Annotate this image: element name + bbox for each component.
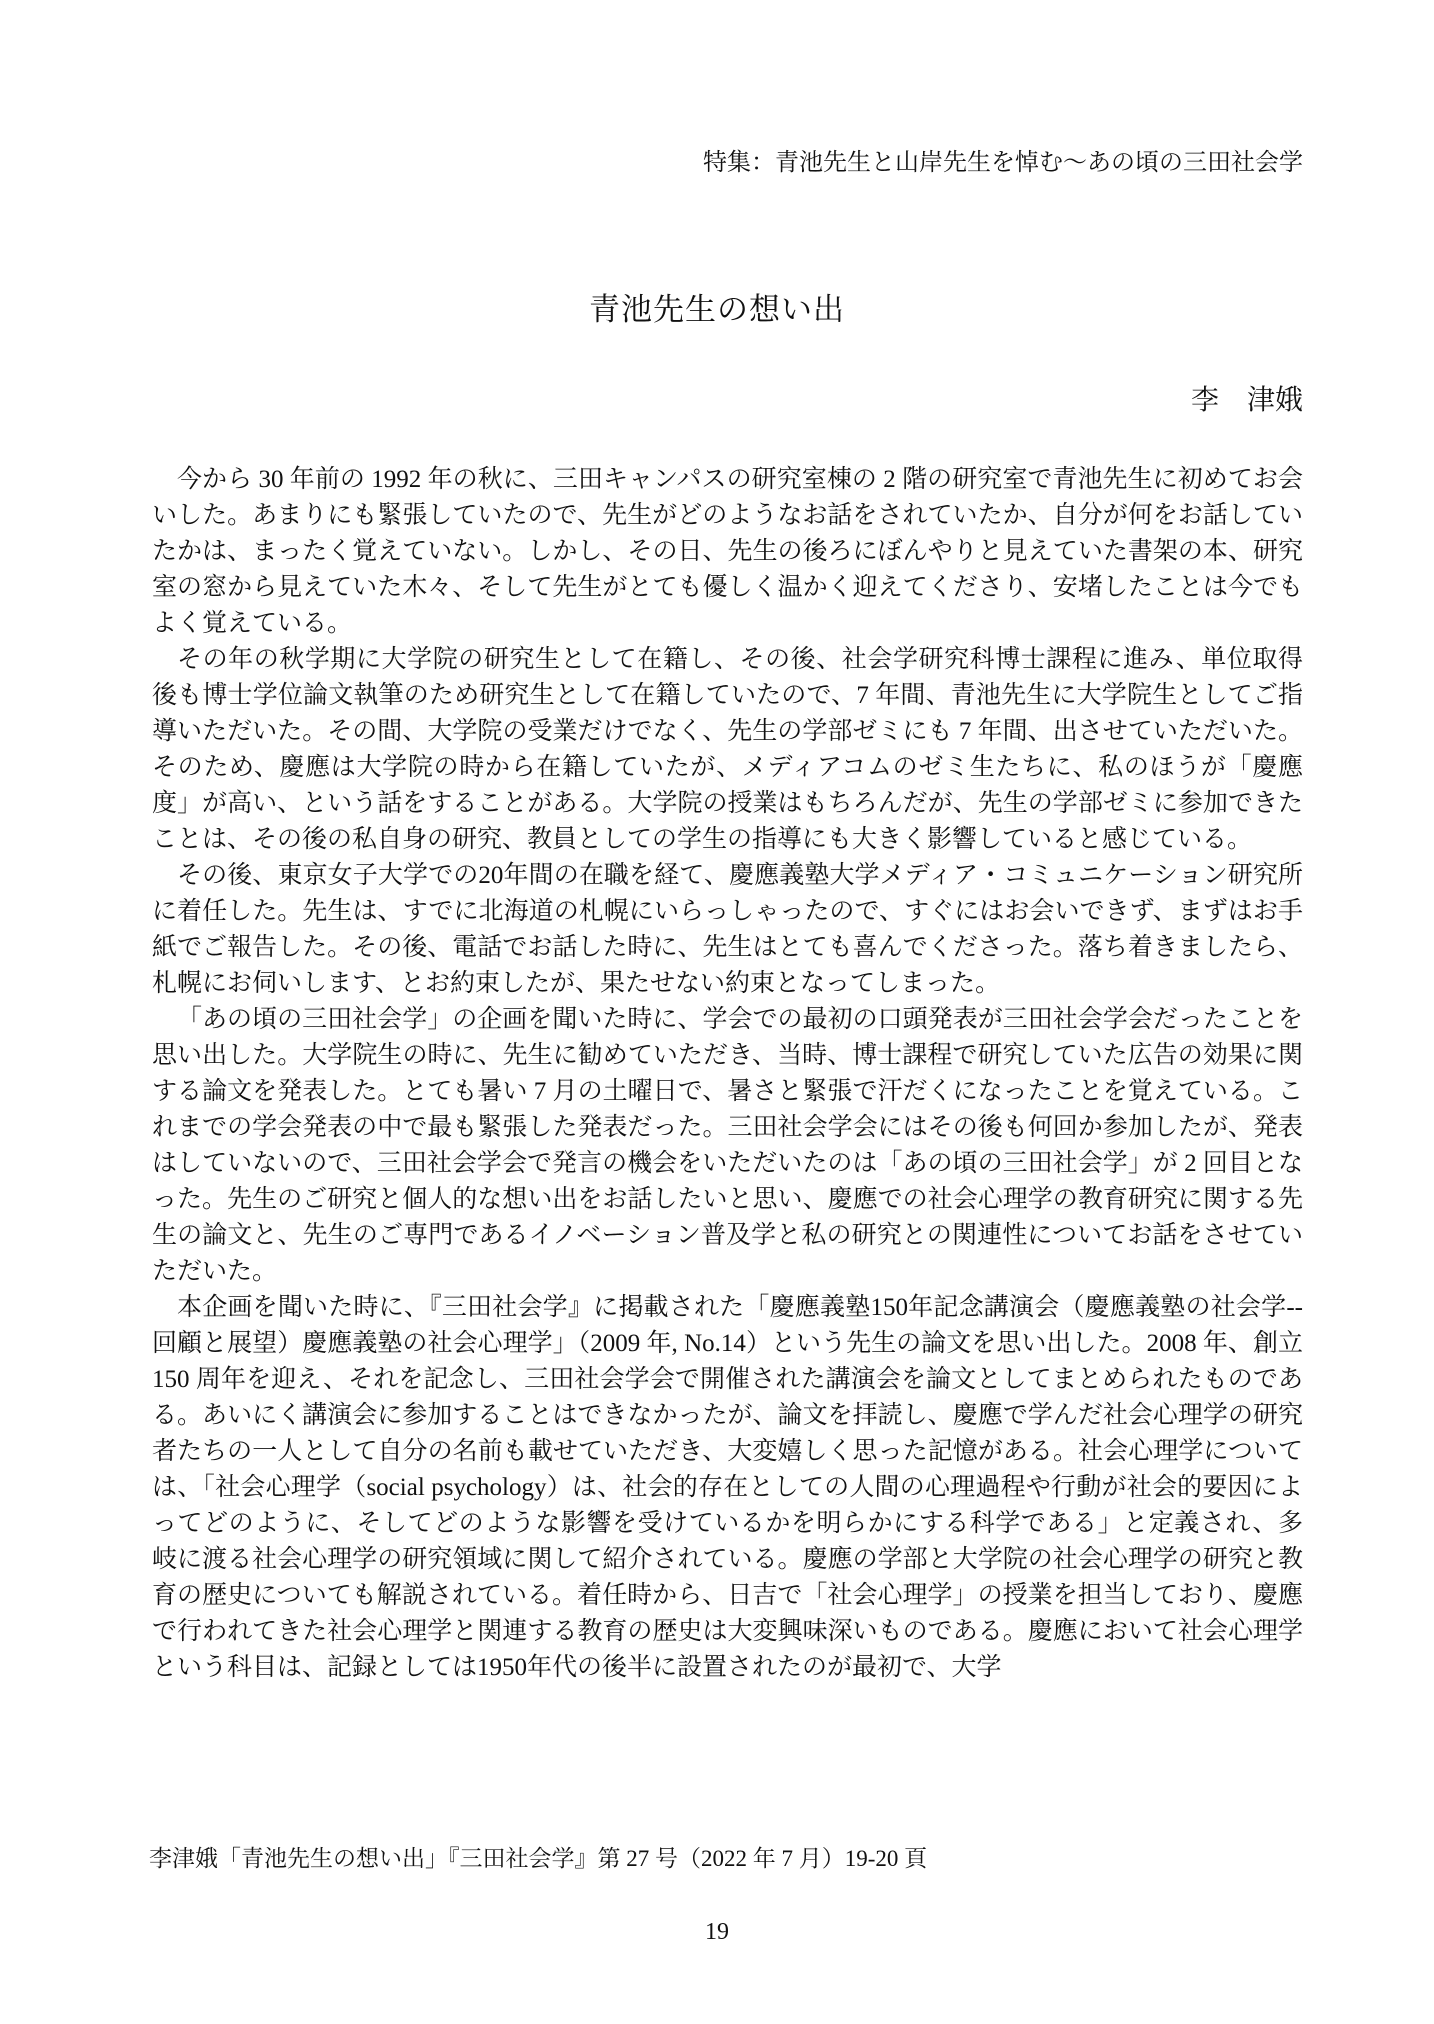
- body-paragraph: その年の秋学期に大学院の研究生として在籍し、その後、社会学研究科博士課程に進み、…: [152, 642, 1303, 858]
- page-number: 19: [0, 1918, 1434, 1946]
- article-body: 今から 30 年前の 1992 年の秋に、三田キャンパスの研究室棟の 2 階の研…: [152, 462, 1303, 1686]
- body-paragraph: 今から 30 年前の 1992 年の秋に、三田キャンパスの研究室棟の 2 階の研…: [152, 462, 1303, 642]
- article-author: 李 津娥: [152, 384, 1303, 418]
- article-title: 青池先生の想い出: [0, 290, 1434, 330]
- document-page: 特集：青池先生と山岸先生を悼む～あの頃の三田社会学 青池先生の想い出 李 津娥 …: [0, 0, 1434, 2024]
- citation-footnote: 李津娥「青池先生の想い出」『三田社会学』第 27 号（2022 年 7 月）19…: [149, 1845, 1303, 1873]
- body-paragraph: 本企画を聞いた時に、『三田社会学』に掲載された「慶應義塾150年記念講演会（慶應…: [152, 1290, 1303, 1686]
- body-paragraph: その後、東京女子大学での20年間の在職を経て、慶應義塾大学メディア・コミュニケー…: [152, 858, 1303, 1002]
- special-issue-header: 特集：青池先生と山岸先生を悼む～あの頃の三田社会学: [152, 148, 1303, 178]
- body-paragraph: 「あの頃の三田社会学」の企画を聞いた時に、学会での最初の口頭発表が三田社会学会だ…: [152, 1002, 1303, 1290]
